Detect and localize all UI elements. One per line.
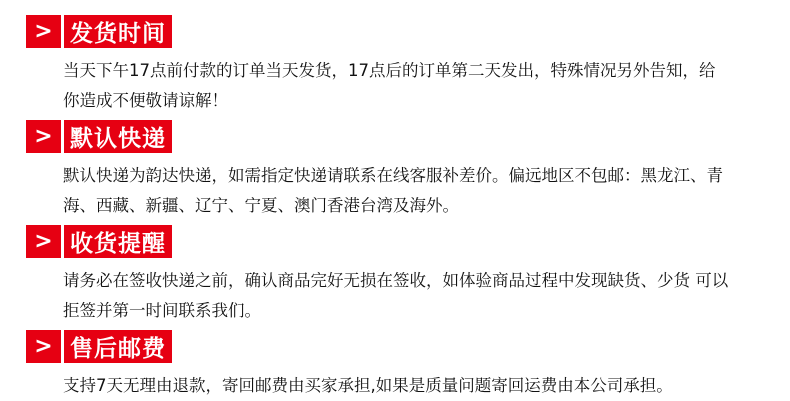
section-title: 售后邮费: [64, 330, 172, 363]
chevron-right-icon: >: [26, 15, 61, 48]
section-header: > 售后邮费: [26, 330, 172, 363]
body-line: 你造成不便敬请谅解！: [63, 86, 763, 116]
chevron-right-icon: >: [26, 330, 61, 363]
body-line: 当天下午17点前付款的订单当天发货，17点后的订单第二天发出，特殊情况另外告知，…: [63, 56, 763, 86]
section-title: 发货时间: [64, 15, 172, 48]
section-header: > 发货时间: [26, 15, 172, 48]
section-title: 收货提醒: [64, 225, 172, 258]
section-header: > 收货提醒: [26, 225, 172, 258]
body-line: 默认快递为韵达快递，如需指定快递请联系在线客服补差价。偏远地区不包邮：黑龙江、青: [63, 161, 763, 191]
section-body: 默认快递为韵达快递，如需指定快递请联系在线客服补差价。偏远地区不包邮：黑龙江、青…: [63, 161, 763, 221]
body-line: 海、西藏、新疆、辽宁、宁夏、澳门香港台湾及海外。: [63, 191, 763, 221]
section-body: 当天下午17点前付款的订单当天发货，17点后的订单第二天发出，特殊情况另外告知，…: [63, 56, 763, 116]
body-line: 拒签并第一时间联系我们。: [63, 296, 763, 326]
body-line: 支持7天无理由退款，寄回邮费由买家承担,如果是质量问题寄回运费由本公司承担。: [63, 371, 763, 401]
section-title: 默认快递: [64, 120, 172, 153]
chevron-right-icon: >: [26, 120, 61, 153]
body-line: 请务必在签收快递之前，确认商品完好无损在签收，如体验商品过程中发现缺货、少货 可…: [63, 266, 763, 296]
chevron-right-icon: >: [26, 225, 61, 258]
section-body: 支持7天无理由退款，寄回邮费由买家承担,如果是质量问题寄回运费由本公司承担。: [63, 371, 763, 401]
section-body: 请务必在签收快递之前，确认商品完好无损在签收，如体验商品过程中发现缺货、少货 可…: [63, 266, 763, 326]
section-header: > 默认快递: [26, 120, 172, 153]
